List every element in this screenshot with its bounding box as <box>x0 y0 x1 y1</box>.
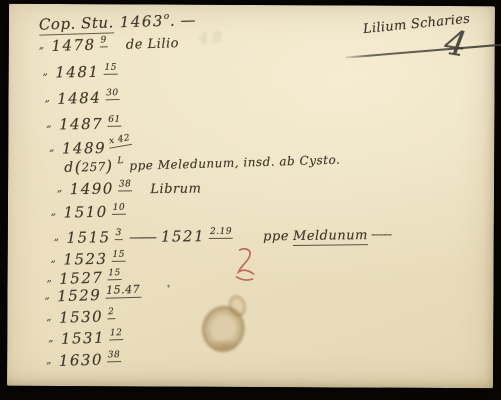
red-pencil-mark <box>230 247 260 289</box>
entry-note: de Lilio <box>126 36 180 53</box>
entry-superscript: 38 <box>107 350 122 362</box>
entry-year: 1531 <box>61 329 106 348</box>
ledger-entry: „152315 <box>51 250 127 270</box>
ledger-entry: „15302 <box>46 307 116 328</box>
entry-superscript: 30 <box>105 88 120 100</box>
diagonal-pencil-stroke <box>345 43 501 58</box>
entry-superscript: 15.47 <box>105 283 141 299</box>
entry-superscript: 15 <box>103 63 118 75</box>
page-number: 4 <box>442 23 470 66</box>
entry-superscript: 3 <box>115 228 123 240</box>
entry-year: 1478 <box>51 36 96 55</box>
entry-year: 1515 <box>66 228 110 247</box>
entry-superscript: 15 <box>111 250 126 262</box>
ditto-mark: „ <box>54 232 60 243</box>
ditto-mark: „ <box>46 119 52 130</box>
close-paren: ) <box>106 156 113 175</box>
ledger-entry: „148115 <box>43 63 119 83</box>
ditto-mark: „ <box>46 312 52 323</box>
open-paren: ( <box>74 157 81 176</box>
ditto-mark: „ <box>46 355 52 366</box>
entry-superscript: x 42 <box>107 133 132 149</box>
entry-list: „14789de Lilio „148115 „148430 „148761 „… <box>9 4 495 7</box>
entry-superscript: 15 <box>107 268 122 280</box>
ledger-entry: „152915.47 <box>44 285 141 307</box>
entry-superscript: 10 <box>112 203 127 215</box>
scanned-document: Cop. Stu.1463o. — Lilium Scharies 4 48 „… <box>0 0 501 400</box>
meledunum-superscript: L <box>116 156 125 167</box>
ink-stain <box>197 293 259 359</box>
ledger-entry: „15153——15212.19ppeMeldunum----- <box>54 225 392 248</box>
entry-superscript: 61 <box>107 115 122 127</box>
entry-superscript: 12 <box>109 328 124 340</box>
ditto-mark: „ <box>57 183 63 194</box>
ditto-mark: „ <box>43 66 49 77</box>
ledger-entry: „148430 <box>44 88 120 109</box>
entry-year: 1489 <box>62 139 106 158</box>
ditto-mark: „ <box>51 254 57 265</box>
entry-year: 1527 <box>59 269 104 288</box>
faint-pencil-smudge: 48 <box>198 28 226 47</box>
entry-year-2: 1521 <box>161 227 205 246</box>
title-year: 1463 <box>120 12 165 31</box>
entry-year: 1523 <box>63 250 107 269</box>
entry-year: 1481 <box>55 63 99 82</box>
title-line: Cop. Stu.1463o. — <box>39 11 197 34</box>
ditto-mark: „ <box>49 143 55 154</box>
title-prefix: Cop. Stu. <box>39 13 114 35</box>
entry-year: 1529 <box>57 286 102 305</box>
ditto-mark: „ <box>44 290 50 301</box>
entry-year: 1484 <box>57 89 102 108</box>
scan-background: { "document": { "kind": "scanned handwri… <box>0 0 501 400</box>
title-superscript: o <box>164 12 170 22</box>
ledger-entry: „149038Librum <box>57 178 202 199</box>
entry-superscript-2: 2.19 <box>209 227 233 239</box>
ditto-mark: „ <box>39 40 45 51</box>
ledger-entry: „151010 <box>51 203 127 223</box>
ledger-entry: „163038 <box>46 350 122 371</box>
entry-year: 1530 <box>59 307 104 326</box>
entry-year: 1510 <box>63 203 107 222</box>
meledunum-text: ppe Meledunum, insd. ab Cysto. <box>129 153 340 173</box>
red-squiggle-icon <box>230 247 260 285</box>
entry-year: 1487 <box>59 115 103 134</box>
entry-year: 1490 <box>70 180 114 199</box>
stain-blob <box>207 337 241 355</box>
ditto-mark: „ <box>46 273 52 284</box>
ledger-entry: „148761 <box>46 115 122 135</box>
entry-superscript: 2 <box>107 307 116 319</box>
paper-sheet: Cop. Stu.1463o. — Lilium Scharies 4 48 „… <box>7 4 495 389</box>
ditto-mark: „ <box>51 207 57 218</box>
entry-year: 1630 <box>59 351 104 370</box>
entry-note: Librum <box>150 181 201 197</box>
entry-superscript: 9 <box>99 35 108 47</box>
entry-note-prefix: ppe <box>263 229 289 244</box>
entry-superscript: 38 <box>118 179 133 191</box>
ditto-mark: „ <box>48 333 54 344</box>
entry-note-trail: ----- <box>371 225 392 243</box>
paren-number: 257 <box>81 160 106 175</box>
ledger-entry: „153112 <box>48 328 124 349</box>
title-dash: . — <box>170 11 197 30</box>
entry-note-underlined: Meldunum <box>293 228 368 246</box>
paper-speck <box>168 285 170 288</box>
ledger-entry: „14789de Lilio <box>39 33 180 56</box>
flourish-mark: d <box>64 160 74 176</box>
entry-dash: —— <box>129 228 155 246</box>
ditto-mark: „ <box>44 93 50 104</box>
